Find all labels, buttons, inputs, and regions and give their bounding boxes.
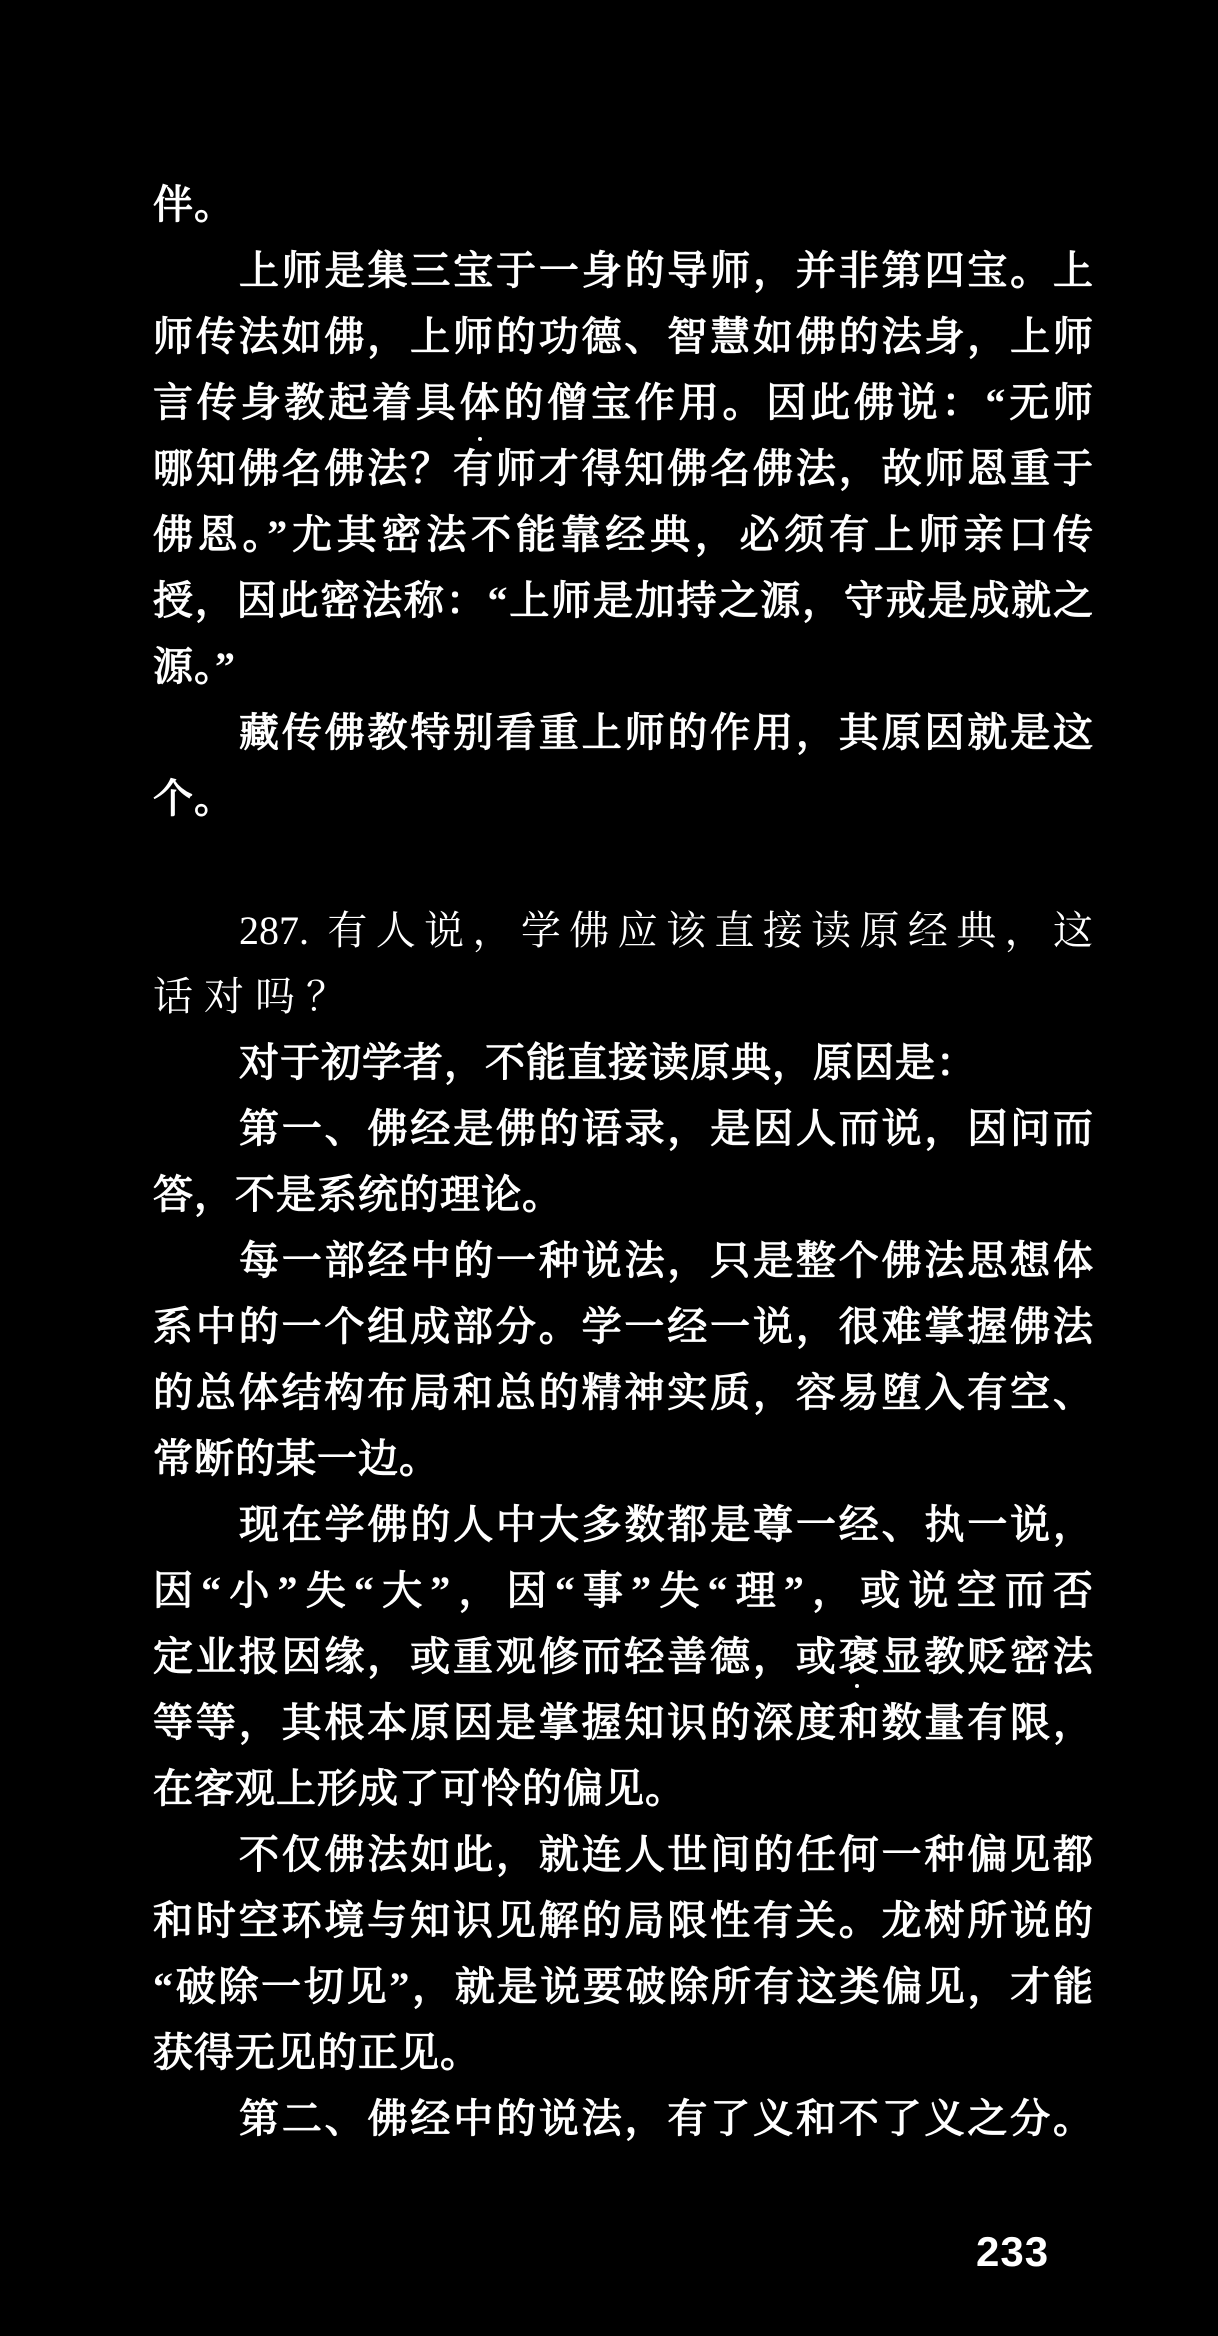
text-line: 上师是集三宝于一身的导师，并非第四宝。上: [153, 238, 1093, 304]
text-line: 哪知佛名佛法？有师才得知佛名佛法，故师恩重于: [153, 436, 1093, 502]
text-line: 师传法如佛，上师的功德、智慧如佛的法身，上师: [153, 304, 1093, 370]
text-line: 个。: [153, 766, 1093, 832]
text-line: 第一、佛经是佛的语录，是因人而说，因问而: [153, 1096, 1093, 1162]
page-text: 伴。上师是集三宝于一身的导师，并非第四宝。上师传法如佛，上师的功德、智慧如佛的法…: [153, 172, 1093, 2152]
text-line: 第二、佛经中的说法，有了义和不了义之分。: [153, 2086, 1093, 2152]
text-line: 源。”: [153, 634, 1093, 700]
text-line: 因“小”失“大”，因“事”失“理”，或说空而否: [153, 1558, 1093, 1624]
text-line: 现在学佛的人中大多数都是尊一经、执一说，: [153, 1492, 1093, 1558]
text-line: 和时空环境与知识见解的局限性有关。龙树所说的: [153, 1888, 1093, 1954]
text-line: 系中的一个组成部分。学一经一说，很难掌握佛法: [153, 1294, 1093, 1360]
text-line: 常断的某一边。: [153, 1426, 1093, 1492]
text-line: 对于初学者，不能直接读原典，原因是：: [153, 1030, 1093, 1096]
text-line: 每一部经中的一种说法，只是整个佛法思想体: [153, 1228, 1093, 1294]
text-line: 授，因此密法称：“上师是加持之源，守戒是成就之: [153, 568, 1093, 634]
text-line: 话对吗？: [153, 964, 1093, 1030]
text-line: 的总体结构布局和总的精神实质，容易堕入有空、: [153, 1360, 1093, 1426]
text-line: 佛恩。”尤其密法不能靠经典，必须有上师亲口传: [153, 502, 1093, 568]
book-page: 伴。上师是集三宝于一身的导师，并非第四宝。上师传法如佛，上师的功德、智慧如佛的法…: [0, 0, 1218, 2336]
text-line: 答，不是系统的理论。: [153, 1162, 1093, 1228]
text-line: 在客观上形成了可怜的偏见。: [153, 1756, 1093, 1822]
text-line: 获得无见的正见。: [153, 2020, 1093, 2086]
text-line: 等等，其根本原因是掌握知识的深度和数量有限，: [153, 1690, 1093, 1756]
text-line: 藏传佛教特别看重上师的作用，其原因就是这: [153, 700, 1093, 766]
text-line: 287. 有人说，学佛应该直接读原经典，这: [153, 898, 1093, 964]
text-line: 言传身教起着具体的僧宝作用。因此佛说：“无师: [153, 370, 1093, 436]
text-line: 不仅佛法如此，就连人世间的任何一种偏见都: [153, 1822, 1093, 1888]
scan-speck: [855, 1684, 859, 1688]
text-line: 伴。: [153, 172, 1093, 238]
text-line: 定业报因缘，或重观修而轻善德，或褒显教贬密法: [153, 1624, 1093, 1690]
scan-speck: [478, 437, 482, 441]
page-number: 233: [976, 2232, 1049, 2272]
text-line: “破除一切见”，就是说要破除所有这类偏见，才能: [153, 1954, 1093, 2020]
